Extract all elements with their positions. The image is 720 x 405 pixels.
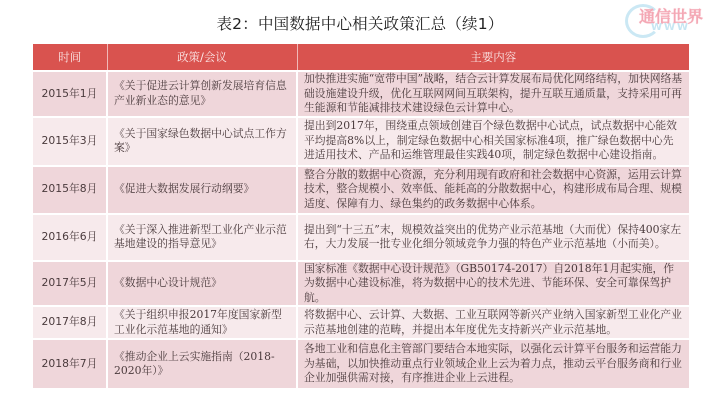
cell-policy: 《关于深入推进新型工业化产业示范基地建设的指导意见》 [107,214,297,261]
cell-policy: 《关于国家绿色数据中心试点工作方案》 [107,117,297,166]
column-header-content: 主要内容 [297,44,689,71]
cell-policy: 《关于促进云计算创新发展培育信息产业新业态的意见》 [107,71,297,117]
cell-content: 整合分散的数据中心资源，充分利用现有政府和社会数据中心资源，运用云计算技术，整合… [297,166,689,214]
cell-policy: 《促进大数据发展行动纲要》 [107,166,297,214]
cell-policy: 《推动企业上云实施指南（2018-2020年）》 [107,339,297,389]
table-row: 2016年6月 《关于深入推进新型工业化产业示范基地建设的指导意见》 提出到“十… [33,214,689,261]
cell-time: 2017年8月 [33,306,107,339]
table-row: 2017年8月 《关于组织申报2017年度国家新型工业化示范基地的通知》 将数据… [33,306,689,339]
table-row: 2015年8月 《促进大数据发展行动纲要》 整合分散的数据中心资源，充分利用现有… [33,166,689,214]
column-header-policy: 政策/会议 [107,44,297,71]
page-title: 表2：中国数据中心相关政策汇总（续1） [0,12,720,34]
table-row: 2017年5月 《数据中心设计规范》 国家标准《数据中心设计规范》（GB5017… [33,261,689,307]
cell-time: 2015年3月 [33,117,107,166]
cell-content: 国家标准《数据中心设计规范》（GB50174-2017）自2018年1月起实施，… [297,261,689,307]
column-header-time: 时间 [33,44,107,71]
cell-content: 提出到“十三五”末，规模效益突出的优势产业示范基地（大而优）保持400家左右，大… [297,214,689,261]
table-row: 2015年3月 《关于国家绿色数据中心试点工作方案》 提出到2017年，围绕重点… [33,117,689,166]
table-row: 2018年7月 《推动企业上云实施指南（2018-2020年）》 各地工业和信息… [33,339,689,389]
cell-time: 2017年5月 [33,261,107,307]
cell-time: 2016年6月 [33,214,107,261]
cell-policy: 《数据中心设计规范》 [107,261,297,307]
cell-content: 加快推进实施“宽带中国”战略，结合云计算发展布局优化网络结构，加快网络基础设施建… [297,71,689,117]
table-header-row: 时间 政策/会议 主要内容 [33,44,689,71]
cell-time: 2018年7月 [33,339,107,389]
cell-content: 将数据中心、云计算、大数据、工业互联网等新兴产业纳入国家新型工业化产业示范基地创… [297,306,689,339]
policy-table: 时间 政策/会议 主要内容 2015年1月 《关于促进云计算创新发展培育信息产业… [33,44,689,390]
cell-policy: 《关于组织申报2017年度国家新型工业化示范基地的通知》 [107,306,297,339]
logo-subtext: WWW [651,22,690,33]
cell-content: 提出到2017年，围绕重点领域创建百个绿色数据中心试点，试点数据中心能效平均提高… [297,117,689,166]
cell-time: 2015年8月 [33,166,107,214]
brand-logo: 通信世界 WWW [625,2,717,38]
cell-content: 各地工业和信息化主管部门要结合本地实际，以强化云计算平台服务和运营能力为基础，以… [297,339,689,389]
table-row: 2015年1月 《关于促进云计算创新发展培育信息产业新业态的意见》 加快推进实施… [33,71,689,117]
cell-time: 2015年1月 [33,71,107,117]
